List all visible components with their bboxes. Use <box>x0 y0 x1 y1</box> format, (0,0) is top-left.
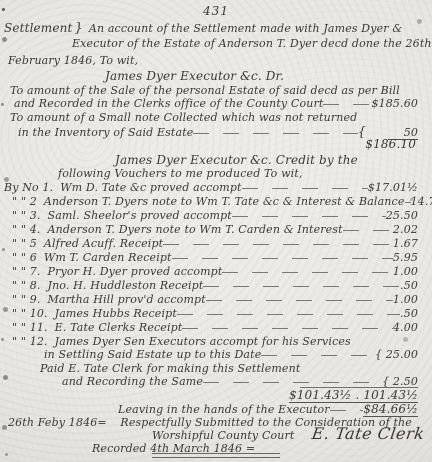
item-desc: James Dyer Sen Executors accompt for his… <box>55 335 351 348</box>
credit-item-row: " " 7. Pryor H. Dyer proved accompt 1.00 <box>12 265 418 278</box>
paid-clerk-line1: Paid E. Tate Clerk for making this Settl… <box>40 362 300 375</box>
header-line-1: Settlement } An account of the Settlemen… <box>4 21 402 36</box>
item-desc: Saml. Sheelor's proved accompt <box>48 209 232 222</box>
debit-row1-line2: and Recorded in the Clerks office of the… <box>14 97 418 110</box>
item-no: " " 9. <box>12 293 41 306</box>
debit-row2-text: in the Inventory of Said Estate <box>18 126 193 139</box>
item-amount: 4.00 <box>393 321 418 334</box>
item-desc: Anderson T. Dyers note to Wm T. Tate &c … <box>44 195 405 208</box>
item-no: " " 2 <box>12 195 37 208</box>
leaving-text: Leaving in the hands of the Executor <box>118 403 330 416</box>
credit-item-row: " " 12. James Dyer Sen Executors accompt… <box>12 335 351 348</box>
item-desc: Wm T. Carden Receipt <box>44 251 172 264</box>
dash-leader <box>203 382 382 383</box>
dash-leader <box>203 286 400 287</box>
settlement-label: Settlement <box>4 21 72 35</box>
item-desc-2: in Settling Said Estate up to this Date <box>44 348 261 361</box>
item-amount: $17.01½ <box>368 181 418 194</box>
dash-leader <box>323 104 371 105</box>
item-desc: Wm D. Tate &c proved accompt <box>60 181 241 194</box>
credit-item-row: " " 6 Wm T. Carden Receipt 5.95 <box>12 251 418 264</box>
credit-item-row: " " 4. Anderson T. Dyers note to Wm T. C… <box>12 223 418 236</box>
credit-item-row: " " 11. E. Tate Clerks Receipt 4.00 <box>12 321 418 334</box>
submission-date: 26th Feby 1846= <box>8 416 107 429</box>
dash-leader <box>222 272 392 273</box>
item-desc: James Hubbs Receipt <box>55 307 177 320</box>
item-desc: Anderson T. Dyers note to Wm T. Carden &… <box>48 223 343 236</box>
item-no: " " 12. <box>12 335 48 348</box>
debit-row2-line1: To amount of a Small note Collected whic… <box>10 111 357 124</box>
credit-item-row: " " 3. Saml. Sheelor's proved accompt 25… <box>12 209 418 222</box>
dash-leader <box>206 300 393 301</box>
credit-item-row-cont: in Settling Said Estate up to this Date … <box>44 348 418 361</box>
dash-leader <box>330 410 364 411</box>
credit-item-row: " " 8. Jno. H. Huddleston Receipt .50 <box>12 279 418 292</box>
debit-heading: James Dyer Executor &c. Dr. <box>105 69 284 83</box>
debit-row1-line1: To amount of the Sale of the personal Es… <box>10 84 400 97</box>
dash-leader <box>242 188 368 189</box>
item-amount: 1.00 <box>393 265 418 278</box>
debit-row1-amount: $185.60 <box>371 97 418 110</box>
item-no: " " 11. <box>12 321 48 334</box>
debit-row1-text: and Recorded in the Clerks office of the… <box>14 97 323 110</box>
debit-total: $186.10 <box>365 137 416 151</box>
item-desc: Alfred Acuff. Receipt <box>44 237 163 250</box>
item-no: " " 6 <box>12 251 37 264</box>
credit-item-row: " " 5 Alfred Acuff. Receipt 1.67 <box>12 237 418 250</box>
item-amount: { 25.00 <box>375 348 418 361</box>
page-number: 431 <box>0 4 432 18</box>
item-desc: Martha Hill prov'd accompt <box>48 293 206 306</box>
header-text-1: An account of the Settlement made with J… <box>89 22 402 35</box>
credit-item-row: By No 1. Wm D. Tate &c proved accompt $1… <box>4 181 418 194</box>
item-no: " " 3. <box>12 209 41 222</box>
dash-leader <box>177 314 400 315</box>
dash-leader <box>193 133 357 134</box>
bottom-rule <box>152 453 280 458</box>
header-line-3: February 1846, To wit, <box>8 54 138 67</box>
settlement-brace: } <box>74 21 82 36</box>
credit-item-row: " " 2 Anderson T. Dyers note to Wm T. Ta… <box>12 195 418 208</box>
dash-leader <box>405 202 411 203</box>
dash-leader <box>163 244 393 245</box>
item-no: By No 1. <box>4 181 53 194</box>
item-amount: 5.95 <box>393 251 418 264</box>
credit-item-row: " " 9. Martha Hill prov'd accompt 1.00 <box>12 293 418 306</box>
item-no: " " 4. <box>12 223 41 236</box>
item-desc: E. Tate Clerks Receipt <box>55 321 183 334</box>
item-no: " " 7. <box>12 265 41 278</box>
item-amount: 1.67 <box>393 237 418 250</box>
item-amount: .50 <box>400 307 418 320</box>
leaving-line: Leaving in the hands of the Executor $84… <box>118 402 418 417</box>
item-desc: Jno. H. Huddleston Receipt <box>48 279 204 292</box>
item-no: " " 8. <box>12 279 41 292</box>
leaving-amount: $84.66½ <box>363 402 418 417</box>
dash-leader <box>261 355 375 356</box>
dash-leader <box>232 216 386 217</box>
clerk-signature: E. Tate Clerk <box>310 424 425 443</box>
header-line-2: Executor of the Estate of Anderson T. Dy… <box>72 37 432 50</box>
document-scan: 431 Settlement } An account of the Settl… <box>0 0 432 462</box>
item-amount: 1.00 <box>393 293 418 306</box>
item-no: " " 5 <box>12 237 37 250</box>
item-amount: 25.50 <box>386 209 418 222</box>
paid-clerk-text: and Recording the Same <box>62 375 203 388</box>
dash-leader <box>172 258 393 259</box>
item-amount: 14.78 <box>411 195 432 208</box>
credit-total: $101.43½ . 101.43½ <box>289 388 418 403</box>
credit-heading-1: James Dyer Executor &c. Credit by the <box>115 153 358 167</box>
court-line: Worshipful County Court <box>152 429 295 442</box>
debit-row2-line2: in the Inventory of Said Estate { 50 <box>18 125 418 140</box>
item-no: " " 10. <box>12 307 48 320</box>
item-desc: Pryor H. Dyer proved accompt <box>48 265 223 278</box>
item-amount: .50 <box>400 279 418 292</box>
item-amount: 2.02 <box>393 223 418 236</box>
dash-leader <box>182 328 393 329</box>
dash-leader <box>343 230 393 231</box>
credit-item-row: " " 10. James Hubbs Receipt .50 <box>12 307 418 320</box>
credit-heading-2: following Vouchers to me produced To wit… <box>58 167 303 180</box>
